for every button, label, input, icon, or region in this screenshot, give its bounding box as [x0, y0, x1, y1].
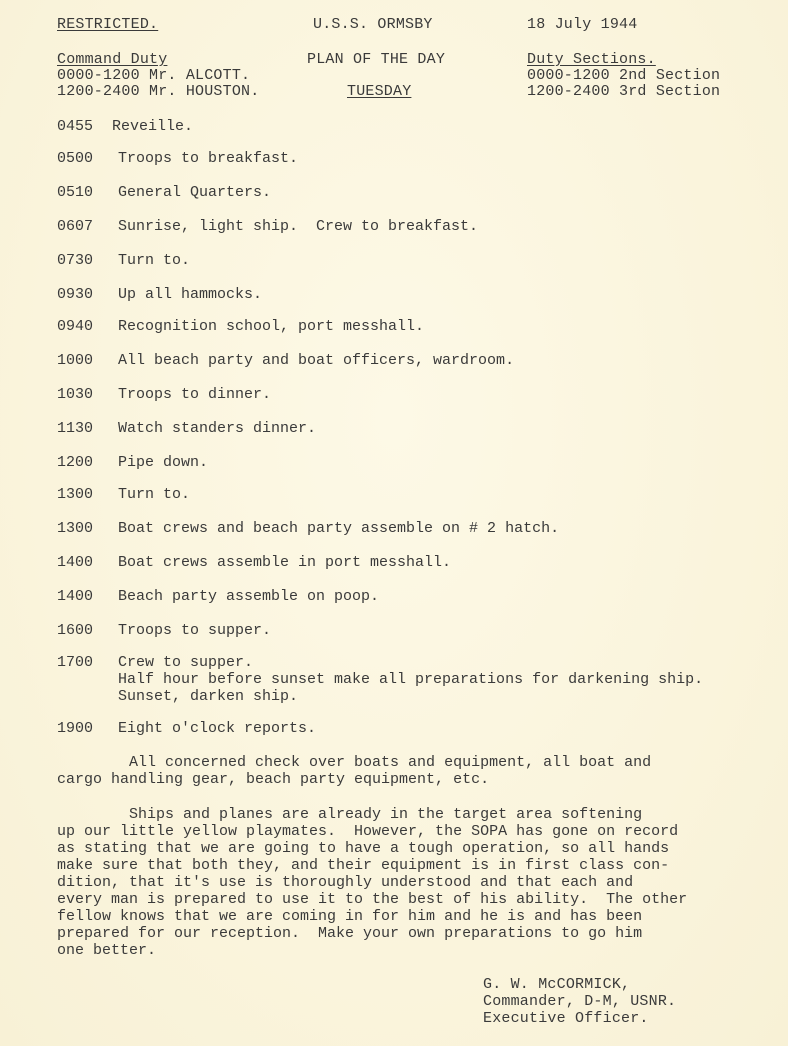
schedule-time: 1400	[57, 554, 118, 571]
note-line: up our little yellow playmates. However,…	[57, 823, 678, 840]
schedule-item: 0500Troops to breakfast.	[57, 150, 298, 167]
schedule-item: 0510General Quarters.	[57, 184, 271, 201]
schedule-item: 1400Boat crews assemble in port messhall…	[57, 554, 451, 571]
schedule-time: 1900	[57, 720, 118, 737]
schedule-time: 1700	[57, 654, 118, 671]
schedule-item: 1200Pipe down.	[57, 454, 208, 471]
command-duty-entry: 1200-2400 Mr. HOUSTON.	[57, 83, 259, 100]
schedule-text: Turn to.	[118, 486, 190, 503]
ship-name: U.S.S. ORMSBY	[313, 16, 433, 33]
schedule-time: 1000	[57, 352, 118, 369]
schedule-text: Troops to breakfast.	[118, 150, 298, 167]
schedule-text: General Quarters.	[118, 184, 271, 201]
schedule-text: Troops to supper.	[118, 622, 271, 639]
schedule-time: 0940	[57, 318, 118, 335]
note-line: one better.	[57, 942, 156, 959]
schedule-item: 0455Reveille.	[57, 118, 193, 135]
schedule-item: 1300Turn to.	[57, 486, 190, 503]
signature-line: Executive Officer.	[483, 1010, 649, 1027]
schedule-text: Crew to supper.	[118, 654, 253, 671]
schedule-item: 1700Crew to supper.	[57, 654, 253, 671]
schedule-text-continued: Half hour before sunset make all prepara…	[118, 671, 703, 688]
note-line: prepared for our reception. Make your ow…	[57, 925, 642, 942]
schedule-item: 1600Troops to supper.	[57, 622, 271, 639]
schedule-item: 0930Up all hammocks.	[57, 286, 262, 303]
note-line: every man is prepared to use it to the b…	[57, 891, 687, 908]
schedule-text: Troops to dinner.	[118, 386, 271, 403]
schedule-time: 0500	[57, 150, 118, 167]
classification-label: RESTRICTED.	[57, 16, 158, 33]
schedule-text: Reveille.	[112, 118, 193, 135]
duty-section-entry: 1200-2400 3rd Section	[527, 83, 720, 100]
schedule-item: 0607Sunrise, light ship. Crew to breakfa…	[57, 218, 478, 235]
schedule-time: 1400	[57, 588, 118, 605]
schedule-time: 0730	[57, 252, 118, 269]
schedule-time: 1300	[57, 486, 118, 503]
note-line: as stating that we are going to have a t…	[57, 840, 669, 857]
schedule-text: Up all hammocks.	[118, 286, 262, 303]
schedule-time: 0607	[57, 218, 118, 235]
note-line: All concerned check over boats and equip…	[57, 754, 651, 771]
schedule-text: All beach party and boat officers, wardr…	[118, 352, 514, 369]
schedule-item: 1030Troops to dinner.	[57, 386, 271, 403]
command-duty-label: Command Duty	[57, 51, 167, 68]
schedule-time: 1130	[57, 420, 118, 437]
schedule-time: 1200	[57, 454, 118, 471]
schedule-item: 1900Eight o'clock reports.	[57, 720, 316, 737]
duty-section-entry: 0000-1200 2nd Section	[527, 67, 720, 84]
note-line: make sure that both they, and their equi…	[57, 857, 669, 874]
schedule-item: 1400Beach party assemble on poop.	[57, 588, 379, 605]
note-line: dition, that it's use is thoroughly unde…	[57, 874, 633, 891]
schedule-item: 0730Turn to.	[57, 252, 190, 269]
schedule-text: Pipe down.	[118, 454, 208, 471]
command-duty-entry: 0000-1200 Mr. ALCOTT.	[57, 67, 250, 84]
schedule-time: 0455	[57, 118, 112, 135]
schedule-time: 0930	[57, 286, 118, 303]
note-line: Ships and planes are already in the targ…	[57, 806, 642, 823]
schedule-text: Boat crews assemble in port messhall.	[118, 554, 451, 571]
schedule-text-continued: Sunset, darken ship.	[118, 688, 298, 705]
schedule-time: 1030	[57, 386, 118, 403]
document-date: 18 July 1944	[527, 16, 637, 33]
schedule-text: Boat crews and beach party assemble on #…	[118, 520, 559, 537]
note-line: cargo handling gear, beach party equipme…	[57, 771, 489, 788]
schedule-time: 1600	[57, 622, 118, 639]
schedule-time: 1300	[57, 520, 118, 537]
signature-line: G. W. McCORMICK,	[483, 976, 630, 993]
schedule-text: Watch standers dinner.	[118, 420, 316, 437]
schedule-text: Turn to.	[118, 252, 190, 269]
signature-line: Commander, D-M, USNR.	[483, 993, 676, 1010]
day-label: TUESDAY	[347, 83, 411, 100]
schedule-text: Beach party assemble on poop.	[118, 588, 379, 605]
schedule-text: Recognition school, port messhall.	[118, 318, 424, 335]
schedule-time: 0510	[57, 184, 118, 201]
note-line: fellow knows that we are coming in for h…	[57, 908, 642, 925]
schedule-text: Sunrise, light ship. Crew to breakfast.	[118, 218, 478, 235]
schedule-item: 1000All beach party and boat officers, w…	[57, 352, 514, 369]
schedule-item: 1300Boat crews and beach party assemble …	[57, 520, 559, 537]
duty-sections-label: Duty Sections.	[527, 51, 656, 68]
document-title: PLAN OF THE DAY	[307, 51, 445, 68]
schedule-item: 0940Recognition school, port messhall.	[57, 318, 424, 335]
schedule-item: 1130Watch standers dinner.	[57, 420, 316, 437]
schedule-text: Eight o'clock reports.	[118, 720, 316, 737]
